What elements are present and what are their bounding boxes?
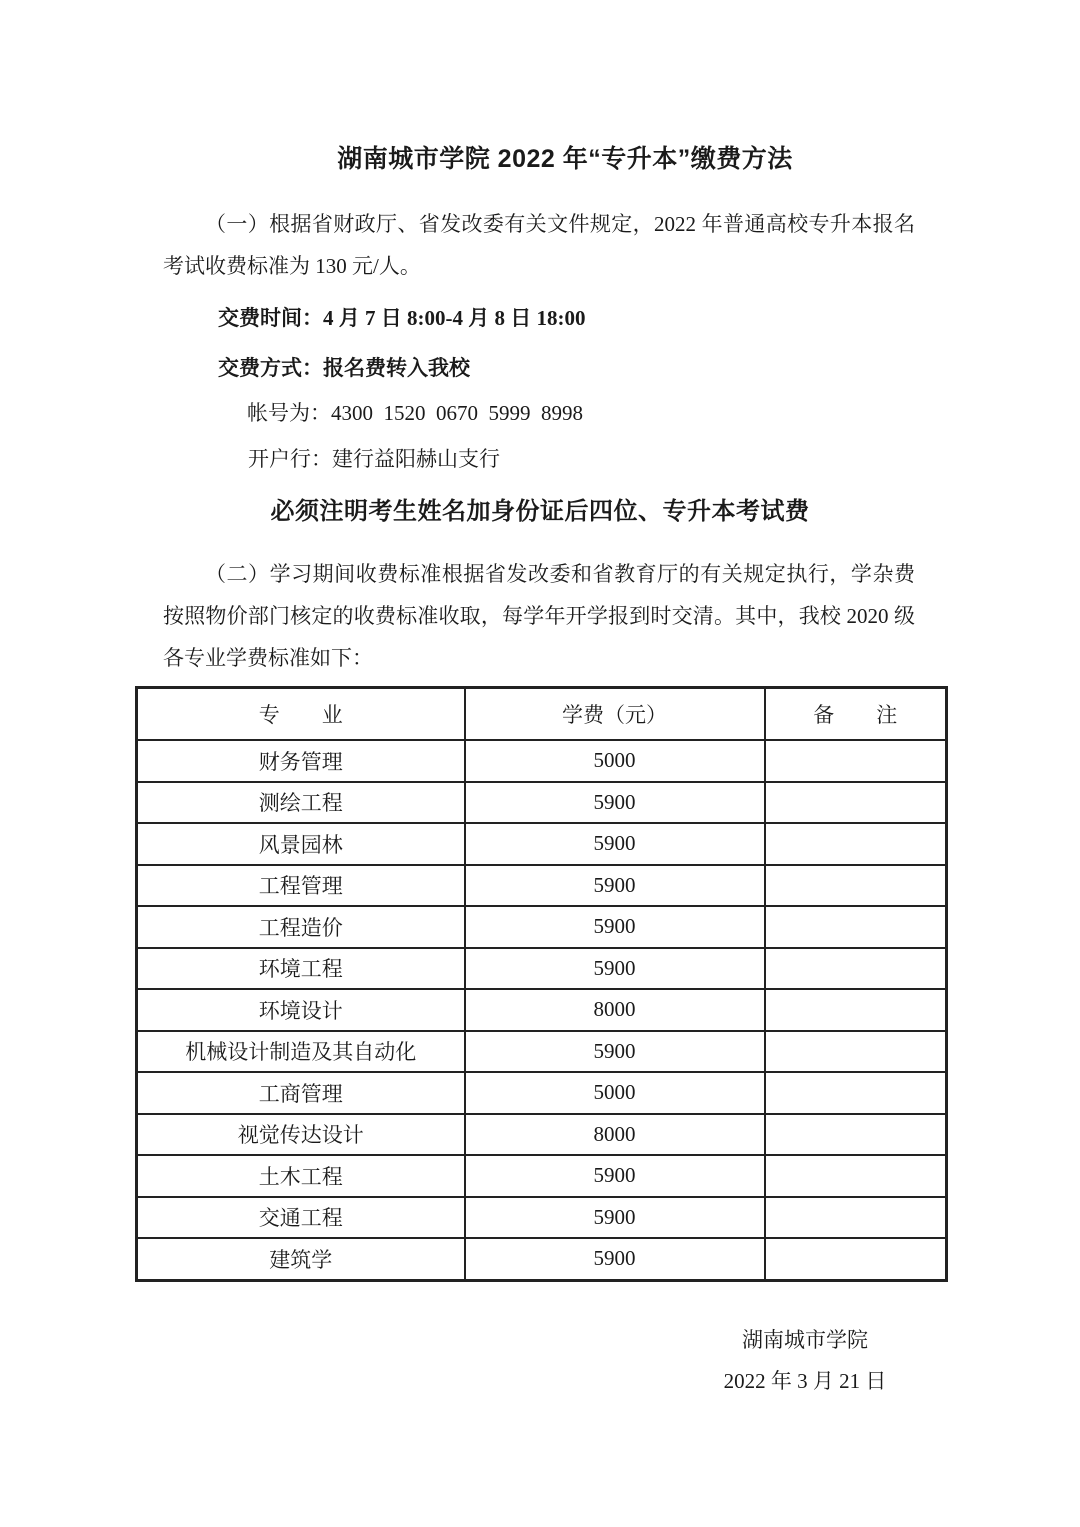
major-cell: 工程管理 [137, 865, 465, 907]
table-row: 建筑学5900 [137, 1238, 947, 1280]
note-cell [765, 740, 947, 782]
paragraph-one: （一）根据省财政厅、省发改委有关文件规定，2022 年普通高校专升本报名考试收费… [163, 203, 915, 287]
fee-cell: 5900 [465, 823, 765, 865]
fee-cell: 5900 [465, 1031, 765, 1073]
fee-cell: 5900 [465, 1238, 765, 1280]
major-cell: 环境工程 [137, 948, 465, 990]
table-row: 财务管理5000 [137, 740, 947, 782]
major-cell: 机械设计制造及其自动化 [137, 1031, 465, 1073]
note-cell [765, 1031, 947, 1073]
major-cell: 财务管理 [137, 740, 465, 782]
document-page: 湖南城市学院 2022 年“专升本”缴费方法 （一）根据省财政厅、省发改委有关文… [0, 0, 1080, 1527]
major-cell: 工程造价 [137, 906, 465, 948]
table-row: 风景园林5900 [137, 823, 947, 865]
major-cell: 建筑学 [137, 1238, 465, 1280]
table-row: 工程造价5900 [137, 906, 947, 948]
bank-branch-line: 开户行：建行益阳赫山支行 [248, 438, 1080, 480]
table-header-note: 备 注 [765, 688, 947, 741]
table-row: 机械设计制造及其自动化5900 [137, 1031, 947, 1073]
fee-cell: 5900 [465, 1197, 765, 1239]
fee-cell: 5000 [465, 740, 765, 782]
fee-cell: 8000 [465, 989, 765, 1031]
note-cell [765, 782, 947, 824]
fee-cell: 5900 [465, 906, 765, 948]
paragraph-two: （二）学习期间收费标准根据省发改委和省教育厅的有关规定执行，学杂费按照物价部门核… [163, 553, 915, 679]
major-cell: 工商管理 [137, 1072, 465, 1114]
major-cell: 测绘工程 [137, 782, 465, 824]
fee-cell: 5900 [465, 1155, 765, 1197]
table-row: 视觉传达设计8000 [137, 1114, 947, 1156]
table-row: 工程管理5900 [137, 865, 947, 907]
signature-name: 湖南城市学院 [635, 1320, 975, 1361]
note-cell [765, 1238, 947, 1280]
table-row: 交通工程5900 [137, 1197, 947, 1239]
major-cell: 风景园林 [137, 823, 465, 865]
table-row: 环境设计8000 [137, 989, 947, 1031]
fee-cell: 5900 [465, 865, 765, 907]
fee-cell: 5000 [465, 1072, 765, 1114]
notice-line: 必须注明考生姓名加身份证后四位、专升本考试费 [0, 490, 1080, 534]
note-cell [765, 865, 947, 907]
table-header-major: 专 业 [137, 688, 465, 741]
table-header-row: 专 业 学费（元） 备 注 [137, 688, 947, 741]
document-title: 湖南城市学院 2022 年“专升本”缴费方法 [0, 0, 1080, 174]
major-cell: 土木工程 [137, 1155, 465, 1197]
fee-cell: 8000 [465, 1114, 765, 1156]
table-row: 土木工程5900 [137, 1155, 947, 1197]
fee-cell: 5900 [465, 782, 765, 824]
note-cell [765, 1072, 947, 1114]
table-row: 测绘工程5900 [137, 782, 947, 824]
payment-method-line: 交费方式：报名费转入我校 [218, 347, 1080, 389]
note-cell [765, 823, 947, 865]
note-cell [765, 989, 947, 1031]
tuition-fee-table: 专 业 学费（元） 备 注 财务管理5000测绘工程5900风景园林5900工程… [135, 686, 948, 1282]
note-cell [765, 1114, 947, 1156]
major-cell: 交通工程 [137, 1197, 465, 1239]
table-row: 环境工程5900 [137, 948, 947, 990]
payment-time-line: 交费时间：4 月 7 日 8:00-4 月 8 日 18:00 [218, 297, 1080, 339]
major-cell: 视觉传达设计 [137, 1114, 465, 1156]
major-cell: 环境设计 [137, 989, 465, 1031]
note-cell [765, 1197, 947, 1239]
signature-block: 湖南城市学院 2022 年 3 月 21 日 [635, 1320, 975, 1402]
note-cell [765, 948, 947, 990]
table-header-fee: 学费（元） [465, 688, 765, 741]
table-row: 工商管理5000 [137, 1072, 947, 1114]
fee-cell: 5900 [465, 948, 765, 990]
account-number-line: 帐号为：4300 1520 0670 5999 8998 [247, 392, 1080, 434]
signature-date: 2022 年 3 月 21 日 [635, 1361, 975, 1402]
note-cell [765, 1155, 947, 1197]
note-cell [765, 906, 947, 948]
